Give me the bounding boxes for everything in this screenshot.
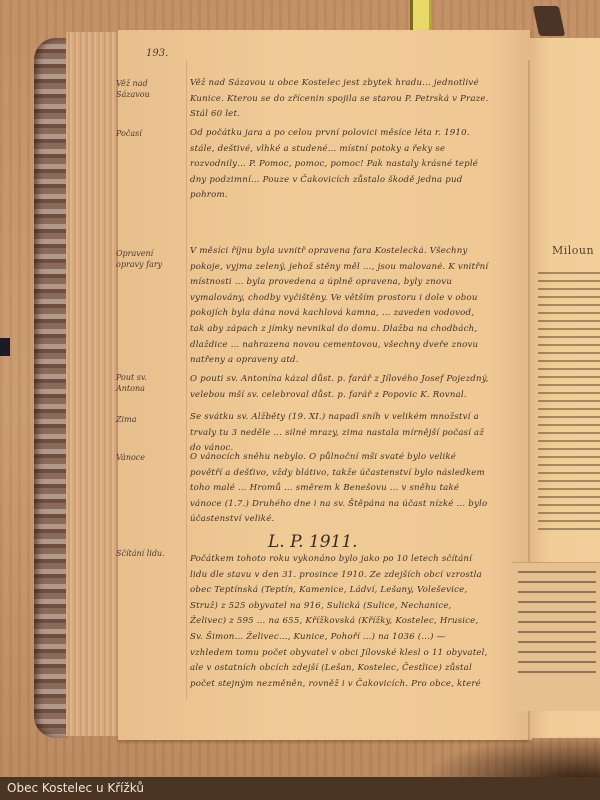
margin-label: Sčítání lidu. — [116, 548, 178, 559]
margin-label: Věž nad Sázavou — [116, 78, 178, 100]
caption-bar: Obec Kostelec u Křížků — [0, 777, 600, 800]
year-heading: L. P. 1911. — [268, 532, 358, 552]
book-spine-cover — [34, 38, 68, 738]
printed-text-block — [538, 266, 600, 536]
margin-label: Počasí — [116, 128, 178, 139]
entry-text: O vánocích sněhu nebylo. O půlnoční mši … — [190, 450, 490, 530]
entry-text: Od počátku jara a po celou první polovic… — [190, 126, 490, 238]
entry-text: Věž nad Sázavou u obce Kostelec jest zby… — [190, 76, 490, 123]
page-number: 193. — [146, 48, 168, 59]
entry-text: Počátkem tohoto roku vykonáno bylo jako … — [190, 552, 490, 690]
margin-rule — [186, 60, 187, 700]
caption-title: Obec Kostelec u Křížků — [7, 781, 144, 795]
entry-text: V měsíci říjnu byla uvnitř opravena fara… — [190, 244, 490, 374]
photo-shadow — [420, 735, 600, 780]
entry-text: O pouti sv. Antonína kázal důst. p. fará… — [190, 372, 490, 406]
yellow-bookmark-tab — [410, 0, 431, 32]
inserted-handwritten-note — [512, 562, 600, 711]
margin-label: Opravení opravy fary — [116, 248, 178, 270]
printed-page-title: Miloun — [552, 244, 594, 257]
page-edges — [66, 32, 122, 736]
margin-label: Pout sv. Antona — [116, 372, 178, 394]
margin-label: Zima — [116, 414, 178, 425]
ribbon-bookmark — [0, 338, 10, 356]
margin-label: Vánoce — [116, 452, 178, 463]
